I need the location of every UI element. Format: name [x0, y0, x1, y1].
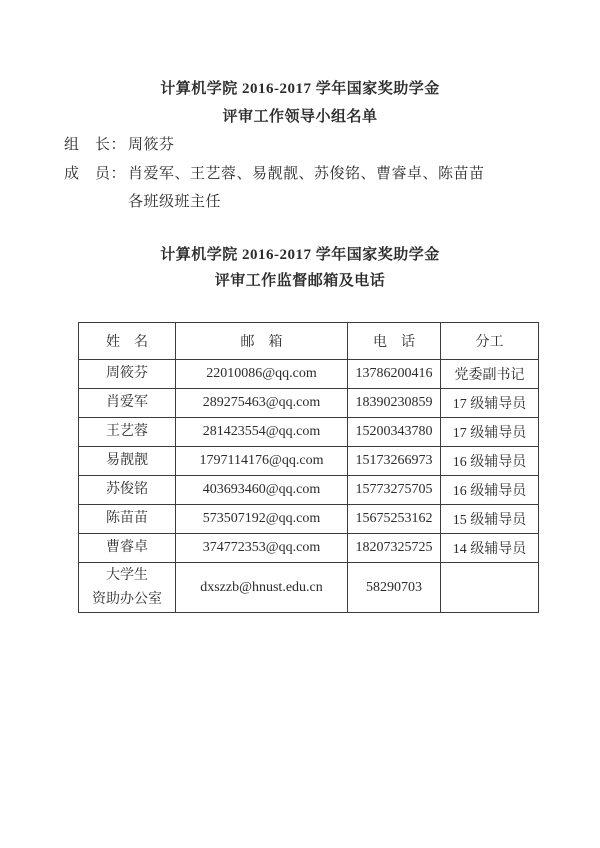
members-label: 成 员： [64, 166, 128, 183]
table-row: 曹睿卓 374772353@qq.com 18207325725 14 级辅导员 [79, 534, 539, 563]
cell-role: 党委副书记 [441, 360, 539, 389]
cell-role: 15 级辅导员 [441, 505, 539, 534]
cell-phone: 18207325725 [348, 534, 441, 563]
cell-name: 周筱芬 [79, 360, 176, 389]
cell-name: 苏俊铭 [79, 476, 176, 505]
table-row: 陈苗苗 573507192@qq.com 15675253162 15 级辅导员 [79, 505, 539, 534]
leading-group-title-line1: 计算机学院 2016-2017 学年国家奖助学金 [0, 81, 600, 98]
column-header-phone: 电 话 [348, 323, 441, 360]
cell-name: 易靓靓 [79, 447, 176, 476]
cell-email: 289275463@qq.com [176, 389, 348, 418]
cell-name: 曹睿卓 [79, 534, 176, 563]
table-row: 周筱芬 22010086@qq.com 13786200416 党委副书记 [79, 360, 539, 389]
column-header-name: 姓 名 [79, 323, 176, 360]
cell-email: 573507192@qq.com [176, 505, 348, 534]
cell-phone: 13786200416 [348, 360, 441, 389]
leader-name: 周筱芬 [128, 137, 175, 153]
cell-phone: 58290703 [348, 563, 441, 613]
table-row: 王艺蓉 281423554@qq.com 15200343780 17 级辅导员 [79, 418, 539, 447]
cell-name: 大学生 资助办公室 [79, 563, 176, 613]
cell-role: 14 级辅导员 [441, 534, 539, 563]
cell-email: 374772353@qq.com [176, 534, 348, 563]
cell-role: 17 级辅导员 [441, 389, 539, 418]
column-header-email: 邮 箱 [176, 323, 348, 360]
table-row: 易靓靓 1797114176@qq.com 15173266973 16 级辅导… [79, 447, 539, 476]
cell-phone: 15173266973 [348, 447, 441, 476]
supervision-title-line1: 计算机学院 2016-2017 学年国家奖助学金 [0, 247, 600, 264]
table-row: 大学生 资助办公室 dxszzb@hnust.edu.cn 58290703 [79, 563, 539, 613]
members-line-continued: 各班级班主任 [128, 194, 584, 211]
table-row: 肖爱军 289275463@qq.com 18390230859 17 级辅导员 [79, 389, 539, 418]
supervision-contact-table: 姓 名 邮 箱 电 话 分工 周筱芬 22010086@qq.com 13786… [78, 322, 539, 613]
cell-email: 403693460@qq.com [176, 476, 348, 505]
members-names: 肖爱军、王艺蓉、易靓靓、苏俊铭、曹睿卓、陈苗苗 [128, 166, 485, 182]
cell-email: 281423554@qq.com [176, 418, 348, 447]
supervision-title-line2: 评审工作监督邮箱及电话 [0, 273, 600, 290]
leading-group-title-line2: 评审工作领导小组名单 [0, 109, 600, 126]
leader-line: 组 长：周筱芬 [64, 137, 584, 154]
cell-phone: 18390230859 [348, 389, 441, 418]
cell-role: 17 级辅导员 [441, 418, 539, 447]
document-page: 计算机学院 2016-2017 学年国家奖助学金 评审工作领导小组名单 组 长：… [0, 0, 600, 848]
cell-phone: 15675253162 [348, 505, 441, 534]
cell-role [441, 563, 539, 613]
cell-role: 16 级辅导员 [441, 447, 539, 476]
cell-phone: 15200343780 [348, 418, 441, 447]
cell-name: 陈苗苗 [79, 505, 176, 534]
cell-role: 16 级辅导员 [441, 476, 539, 505]
cell-phone: 15773275705 [348, 476, 441, 505]
cell-email: 1797114176@qq.com [176, 447, 348, 476]
cell-email: dxszzb@hnust.edu.cn [176, 563, 348, 613]
table-header-row: 姓 名 邮 箱 电 话 分工 [79, 323, 539, 360]
cell-email: 22010086@qq.com [176, 360, 348, 389]
table-row: 苏俊铭 403693460@qq.com 15773275705 16 级辅导员 [79, 476, 539, 505]
column-header-role: 分工 [441, 323, 539, 360]
leader-label: 组 长： [64, 137, 128, 154]
cell-name: 肖爱军 [79, 389, 176, 418]
members-line: 成 员：肖爱军、王艺蓉、易靓靓、苏俊铭、曹睿卓、陈苗苗 [64, 166, 584, 183]
cell-name: 王艺蓉 [79, 418, 176, 447]
